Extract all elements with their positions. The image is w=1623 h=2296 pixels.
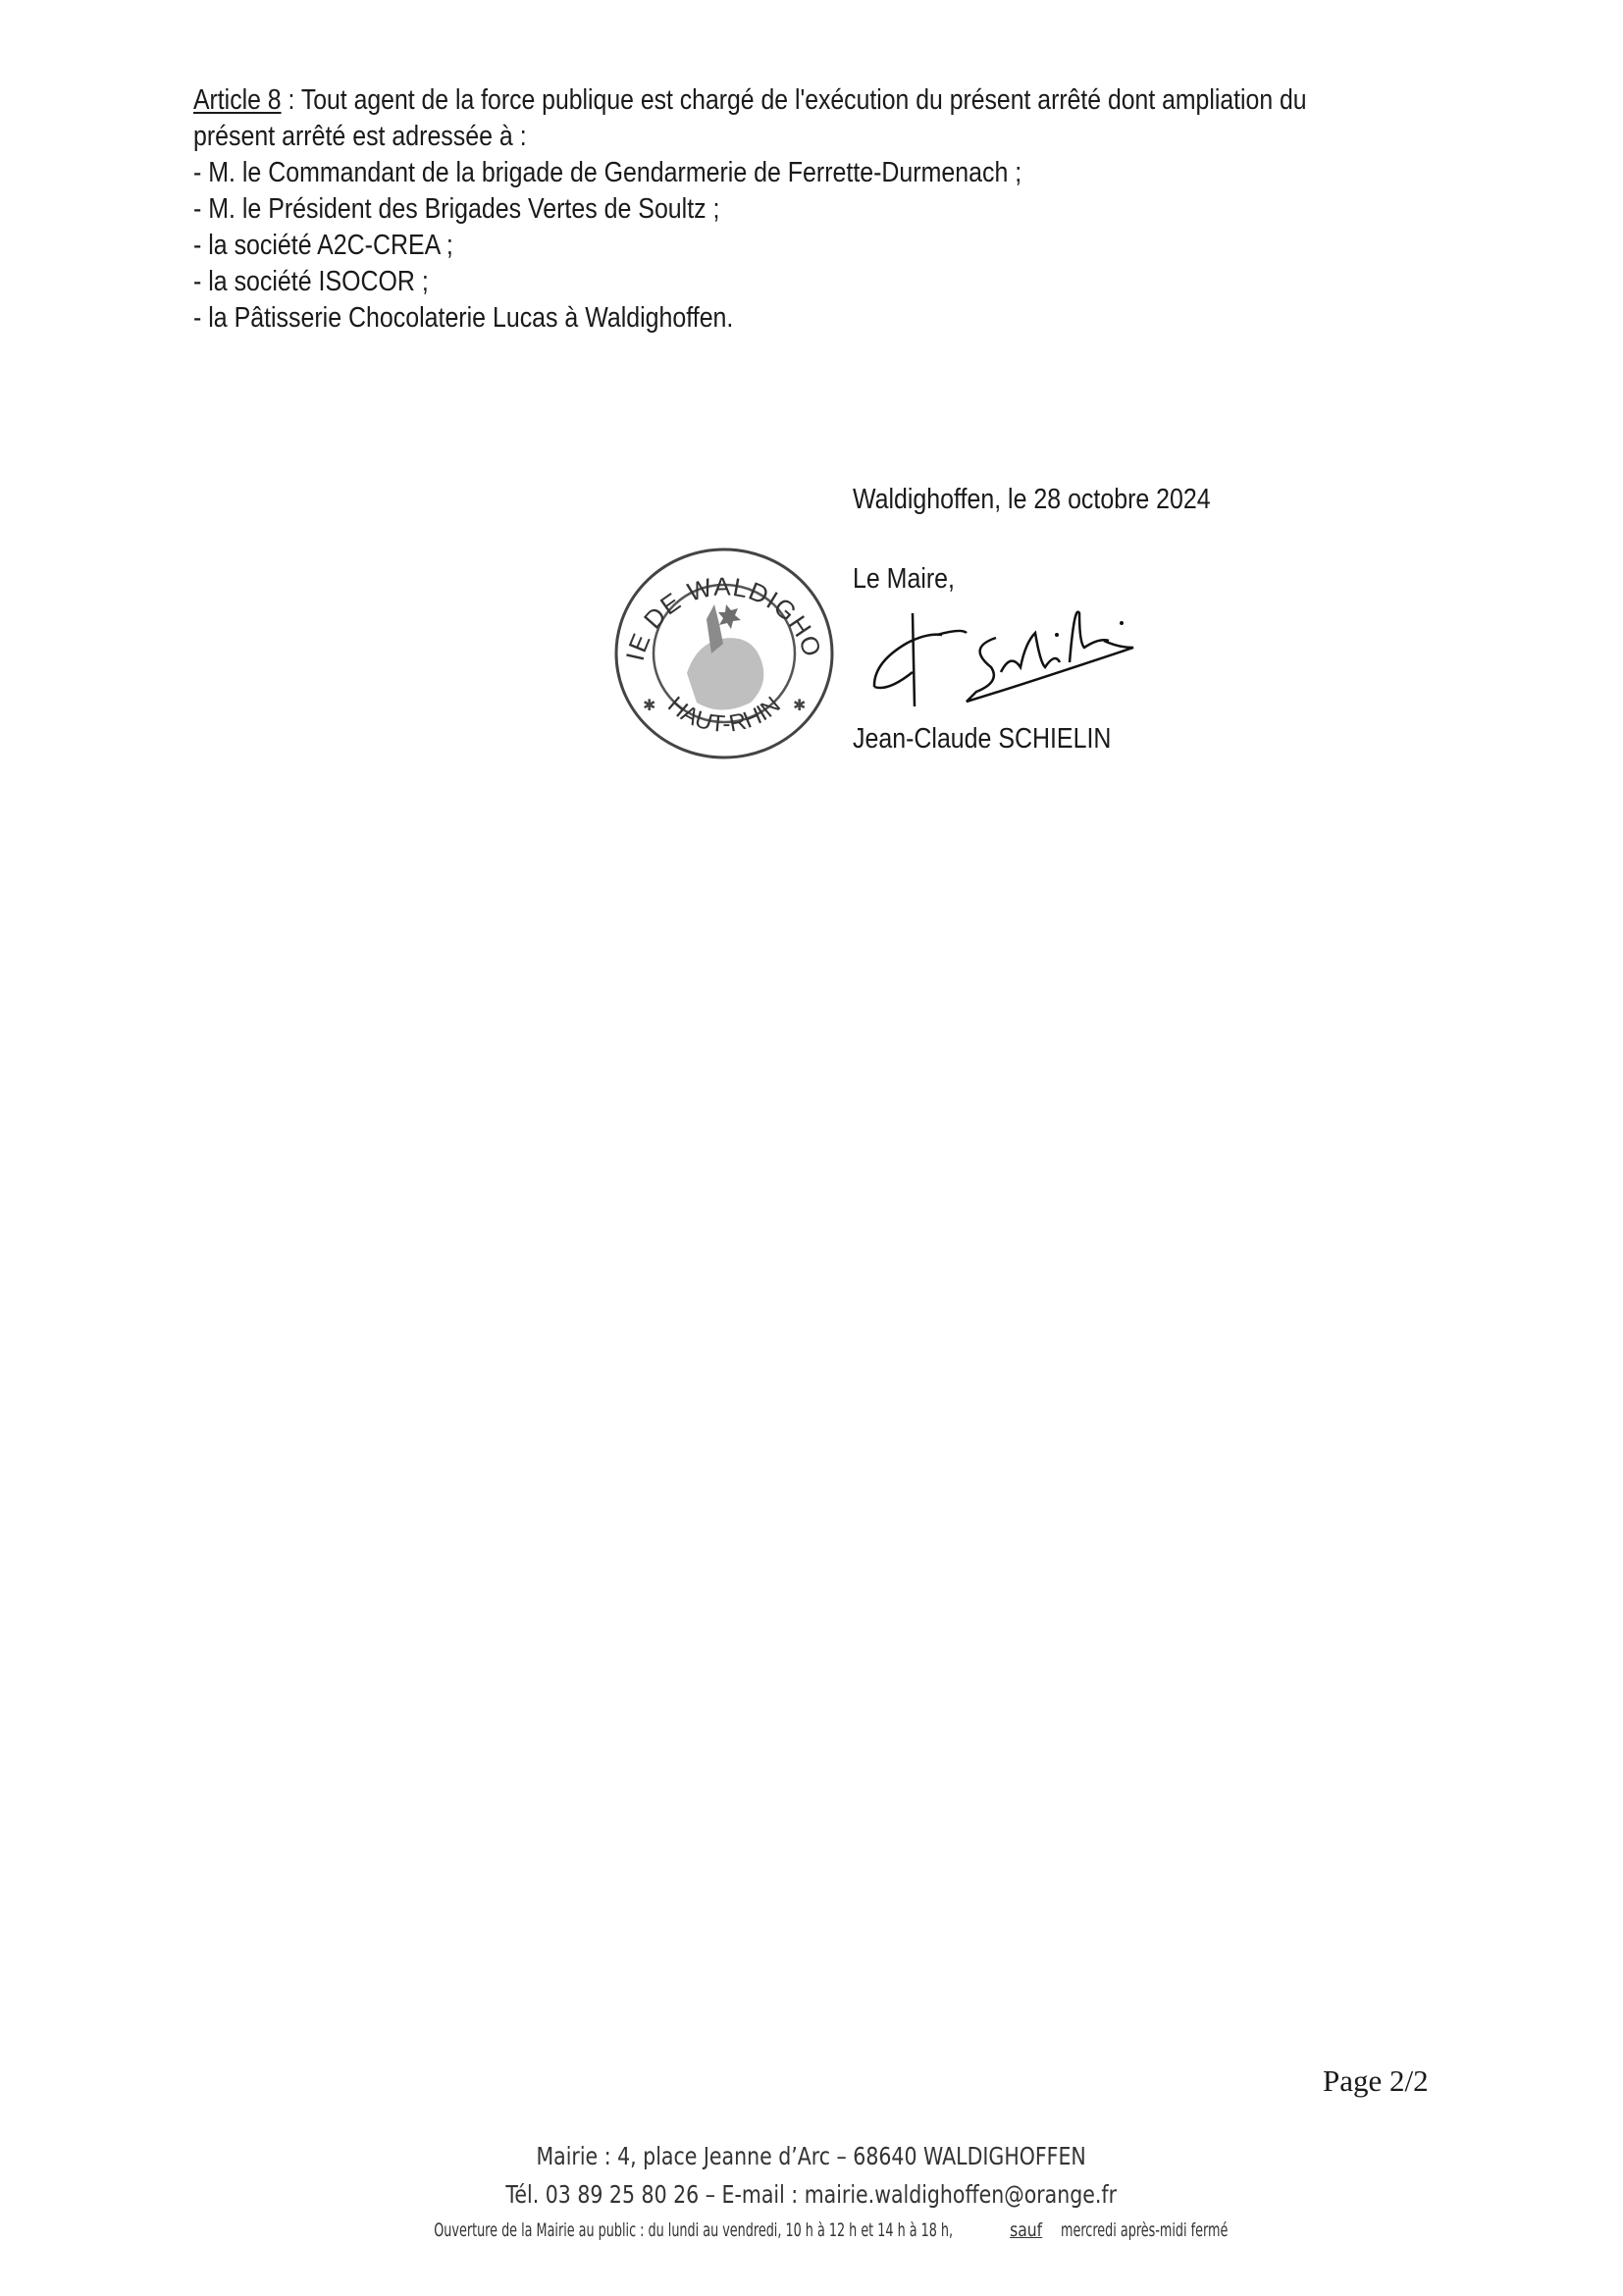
mayor-title-text: Le Maire, bbox=[853, 563, 955, 596]
footer-address: Mairie : 4, place Jeanne d’Arc – 68640 W… bbox=[0, 2142, 1623, 2170]
recipient-item: - la société A2C-CREA ; bbox=[193, 228, 1440, 264]
recipient-item: - M. le Président des Brigades Vertes de… bbox=[193, 191, 1440, 228]
recipient-text: - la société A2C-CREA ; bbox=[193, 228, 453, 264]
recipient-text: - la société ISOCOR ; bbox=[193, 264, 429, 300]
hours-prefix: Ouverture de la Mairie au public : du lu… bbox=[434, 2219, 953, 2241]
recipient-item: - la société ISOCOR ; bbox=[193, 264, 1440, 300]
footer-contact-text: Tél. 03 89 25 80 26 – E-mail : mairie.wa… bbox=[506, 2180, 1118, 2209]
article-label: Article 8 bbox=[193, 84, 282, 116]
mayor-signature-icon bbox=[868, 594, 1212, 721]
article-second-line: présent arrêté est adressée à : bbox=[193, 119, 1440, 155]
article-separator: : bbox=[282, 84, 295, 116]
mayor-title: Le Maire, bbox=[853, 563, 971, 596]
place-date: Waldighoffen, le 28 octobre 2024 bbox=[853, 484, 1269, 516]
recipient-text: - M. le Commandant de la brigade de Gend… bbox=[193, 155, 1021, 191]
mayor-name-text: Jean-Claude SCHIELIN bbox=[853, 723, 1111, 756]
recipient-text: - M. le Président des Brigades Vertes de… bbox=[193, 191, 719, 228]
recipient-item: - M. le Commandant de la brigade de Gend… bbox=[193, 155, 1440, 191]
hours-suffix: mercredi après-midi fermé bbox=[1061, 2219, 1228, 2241]
recipient-text: - la Pâtisserie Chocolaterie Lucas à Wal… bbox=[193, 300, 733, 337]
hours-emphasis: sauf bbox=[1010, 2219, 1042, 2241]
recipient-item: - la Pâtisserie Chocolaterie Lucas à Wal… bbox=[193, 300, 1440, 337]
mayor-name: Jean-Claude SCHIELIN bbox=[853, 723, 1153, 756]
town-hall-stamp-icon: MAIRIE DE WALDIGHOFFEN HAUT-RHIN ✱ ✱ bbox=[613, 546, 835, 761]
place-date-text: Waldighoffen, le 28 octobre 2024 bbox=[853, 484, 1211, 516]
footer-address-text: Mairie : 4, place Jeanne d’Arc – 68640 W… bbox=[537, 2142, 1086, 2170]
footer-hours: Ouverture de la Mairie au public : du lu… bbox=[0, 2219, 1623, 2241]
page-number: Page 2/2 bbox=[1323, 2063, 1429, 2099]
article-text-continued: présent arrêté est adressée à : bbox=[193, 119, 527, 155]
article-text: Tout agent de la force publique est char… bbox=[301, 84, 1307, 116]
svg-text:✱: ✱ bbox=[793, 698, 806, 714]
article-first-line: Article 8 : Tout agent de la force publi… bbox=[193, 82, 1440, 119]
svg-text:✱: ✱ bbox=[643, 698, 655, 714]
article-8: Article 8 : Tout agent de la force publi… bbox=[193, 82, 1440, 337]
footer-contact: Tél. 03 89 25 80 26 – E-mail : mairie.wa… bbox=[0, 2180, 1623, 2209]
